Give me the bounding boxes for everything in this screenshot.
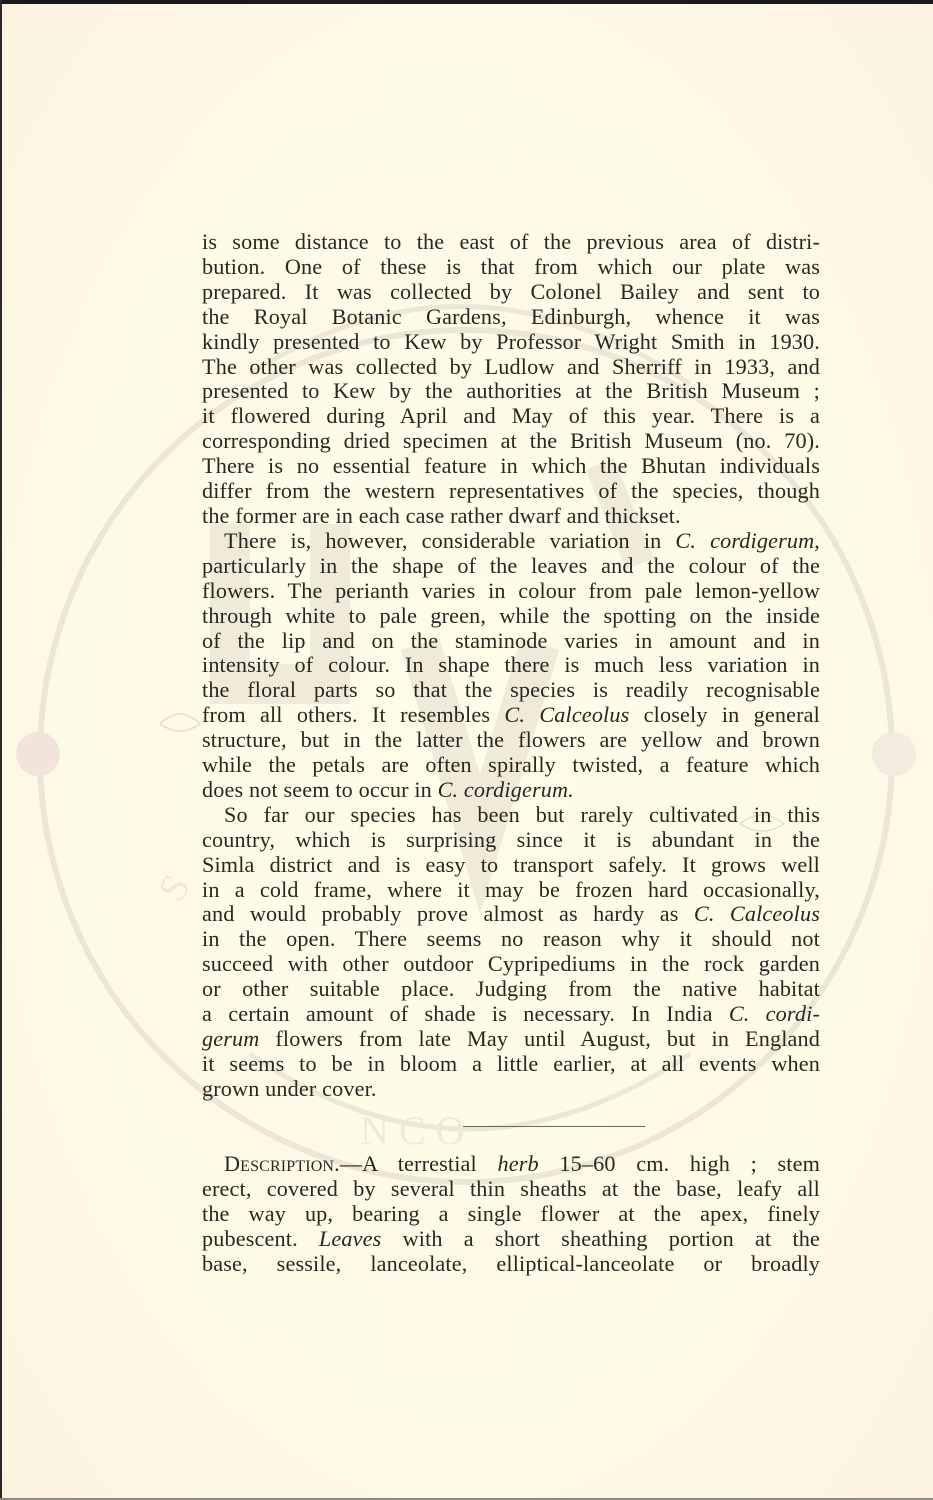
text-line: The other was collected by Ludlow and Sh… xyxy=(202,355,820,380)
italic-term: Leaves xyxy=(319,1226,382,1251)
text-span: a certain amount of shade is necessary. … xyxy=(202,1001,729,1026)
text-line: There is, however, considerable variatio… xyxy=(202,529,820,554)
text-line: intensity of colour. In shape there is m… xyxy=(202,653,820,678)
paragraph-variation: There is, however, considerable variatio… xyxy=(202,529,820,803)
text-span: There is, however, considerable variatio… xyxy=(224,528,675,553)
species-name: C. Calceolus xyxy=(694,901,820,926)
text-line: grown under cover. xyxy=(202,1077,820,1102)
text-line: corresponding dried specimen at the Brit… xyxy=(202,429,820,454)
text-line: So far our species has been but rarely c… xyxy=(202,803,820,828)
text-line: presented to Kew by the authorities at t… xyxy=(202,379,820,404)
text-line: bution. One of these is that from which … xyxy=(202,255,820,280)
text-line: the former are in each case rather dwarf… xyxy=(202,504,820,529)
text-line: base, sessile, lanceolate, elliptical-la… xyxy=(202,1252,820,1277)
text-line: There is no essential feature in which t… xyxy=(202,454,820,479)
text-line: country, which is surprising since it is… xyxy=(202,828,820,853)
text-span: 15–60 cm. high ; stem xyxy=(539,1151,820,1176)
text-line: of the lip and on the staminode varies i… xyxy=(202,629,820,654)
scan-edge-top xyxy=(0,0,933,4)
text-line: prepared. It was collected by Colonel Ba… xyxy=(202,280,820,305)
species-name: C. cordi- xyxy=(729,1001,820,1026)
text-span: pubescent. xyxy=(202,1226,319,1251)
description-heading: Description. xyxy=(224,1151,340,1176)
species-name: C. cordigerum. xyxy=(438,777,574,802)
body-text: is some distance to the east of the prev… xyxy=(202,230,820,1102)
section-divider xyxy=(463,1126,645,1127)
text-line: succeed with other outdoor Cypripediums … xyxy=(202,952,820,977)
svg-text:S: S xyxy=(149,867,199,909)
text-line: Description.—A terrestial herb 15–60 cm.… xyxy=(202,1152,820,1177)
text-span: —A terrestial xyxy=(340,1151,498,1176)
text-line: in the open. There seems no reason why i… xyxy=(202,927,820,952)
text-line: in a cold frame, where it may be frozen … xyxy=(202,878,820,903)
text-line: pubescent. Leaves with a short sheathing… xyxy=(202,1227,820,1252)
text-line: flowers. The perianth varies in colour f… xyxy=(202,579,820,604)
text-line: a certain amount of shade is necessary. … xyxy=(202,1002,820,1027)
text-line: through white to pale green, while the s… xyxy=(202,604,820,629)
text-span: and would probably prove almost as hardy… xyxy=(202,901,694,926)
text-span: flowers from late May until August, but … xyxy=(259,1026,820,1051)
text-line: kindly presented to Kew by Professor Wri… xyxy=(202,330,820,355)
species-name: C. cordigerum, xyxy=(675,528,820,553)
text-line: particularly in the shape of the leaves … xyxy=(202,554,820,579)
text-line: gerum flowers from late May until August… xyxy=(202,1027,820,1052)
paragraph-distribution: is some distance to the east of the prev… xyxy=(202,230,820,529)
species-name: gerum xyxy=(202,1026,259,1051)
text-span: does not seem to occur in xyxy=(202,777,438,802)
text-span: closely in general xyxy=(629,702,820,727)
text-line: is some distance to the east of the prev… xyxy=(202,230,820,255)
text-line: structure, but in the latter the flowers… xyxy=(202,728,820,753)
text-line: or other suitable place. Judging from th… xyxy=(202,977,820,1002)
text-line: while the petals are often spirally twis… xyxy=(202,753,820,778)
paragraph-cultivation: So far our species has been but rarely c… xyxy=(202,803,820,1102)
text-line: Simla district and is easy to transport … xyxy=(202,853,820,878)
text-line: the floral parts so that the species is … xyxy=(202,678,820,703)
text-line: it flowered during April and May of this… xyxy=(202,404,820,429)
italic-term: herb xyxy=(497,1151,538,1176)
text-line: from all others. It resembles C. Calceol… xyxy=(202,703,820,728)
description-section: Description.—A terrestial herb 15–60 cm.… xyxy=(202,1152,820,1277)
svg-text:N C O: N C O xyxy=(360,1108,464,1153)
text-span: from all others. It resembles xyxy=(202,702,504,727)
text-line: differ from the western representatives … xyxy=(202,479,820,504)
scan-edge-left xyxy=(0,0,2,1500)
text-span: with a short sheathing portion at the xyxy=(381,1226,820,1251)
text-line: the way up, bearing a single flower at t… xyxy=(202,1202,820,1227)
text-line: and would probably prove almost as hardy… xyxy=(202,902,820,927)
text-line: the Royal Botanic Gardens, Edinburgh, wh… xyxy=(202,305,820,330)
text-line: erect, covered by several thin sheaths a… xyxy=(202,1177,820,1202)
text-line: it seems to be in bloom a little earlier… xyxy=(202,1052,820,1077)
text-line: does not seem to occur in C. cordigerum. xyxy=(202,778,820,803)
species-name: C. Calceolus xyxy=(504,702,629,727)
